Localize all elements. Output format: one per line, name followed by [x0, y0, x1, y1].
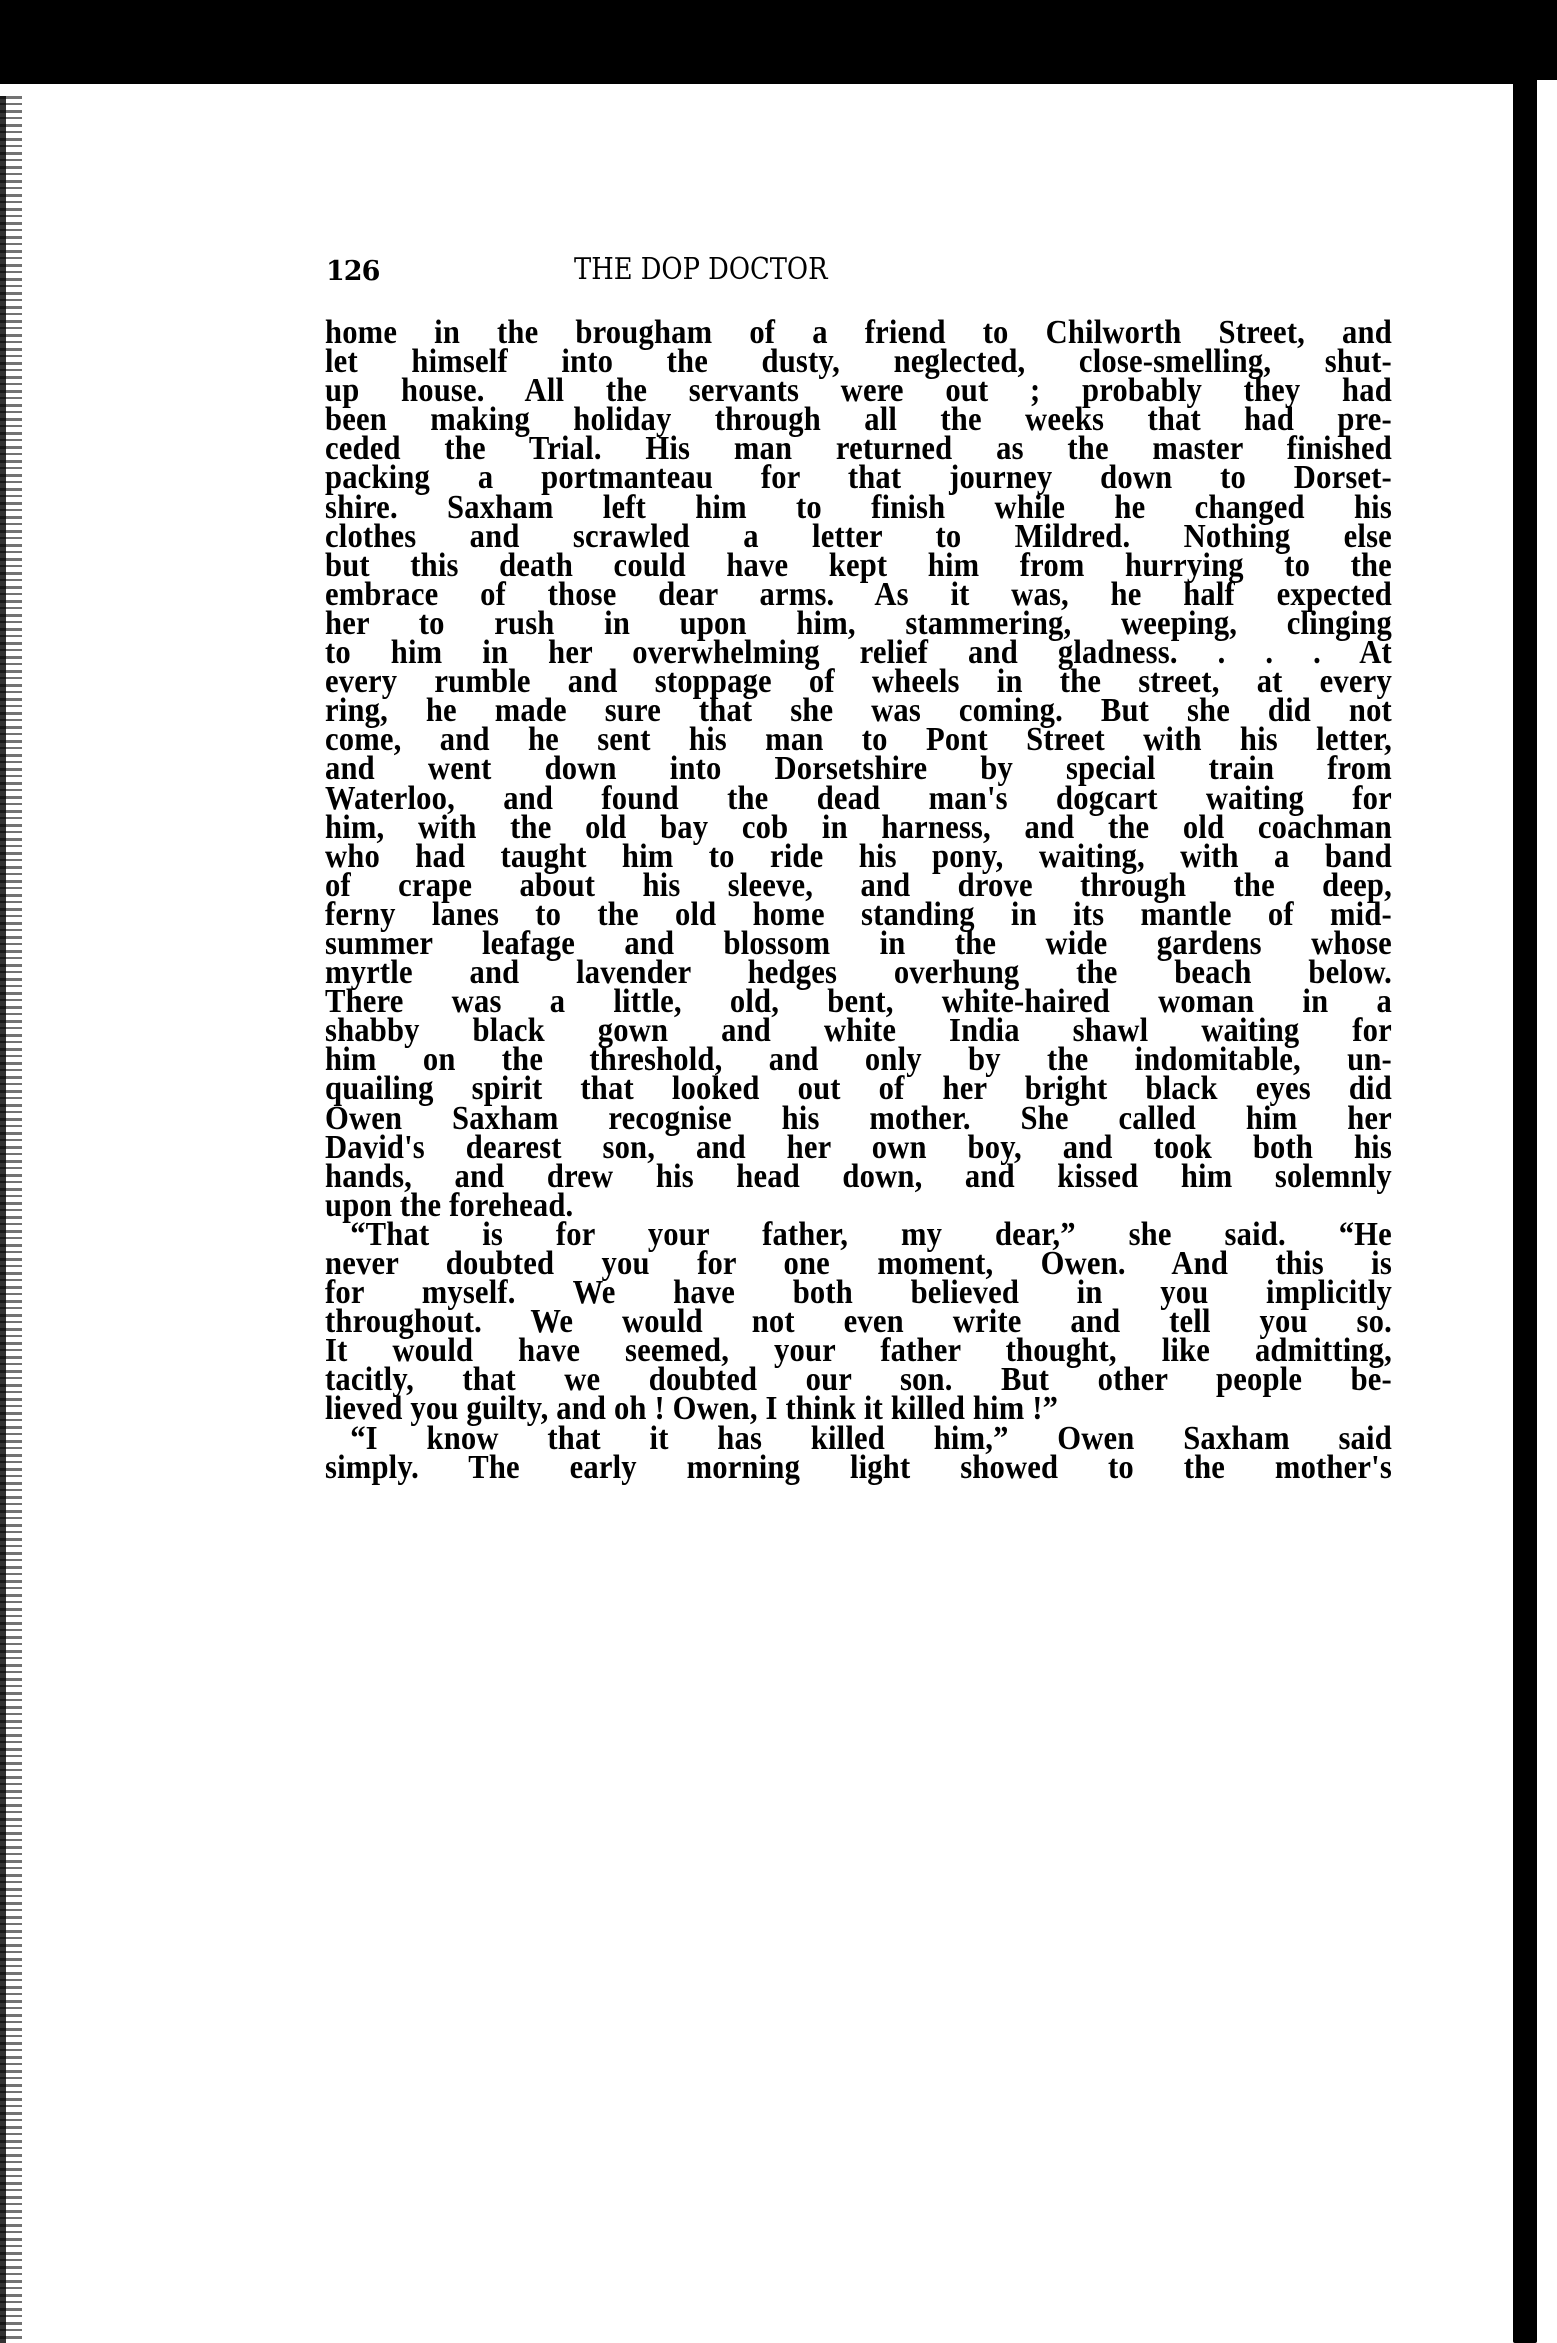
scan-top-border — [0, 0, 1557, 88]
page-number: 126 — [326, 256, 379, 287]
scan-right-spine-shadow — [1513, 80, 1537, 2343]
text-line: simply. The early morning light showed t… — [325, 1453, 1392, 1482]
body-text: home in the brougham of a friend to Chil… — [325, 318, 1393, 1482]
scan-right-margin — [1537, 80, 1557, 2343]
running-head-title: THE DOP DOCTOR — [574, 252, 828, 287]
scan-left-edge-line — [0, 96, 6, 2343]
page-header: 126 THE DOP DOCTOR — [326, 248, 1392, 298]
